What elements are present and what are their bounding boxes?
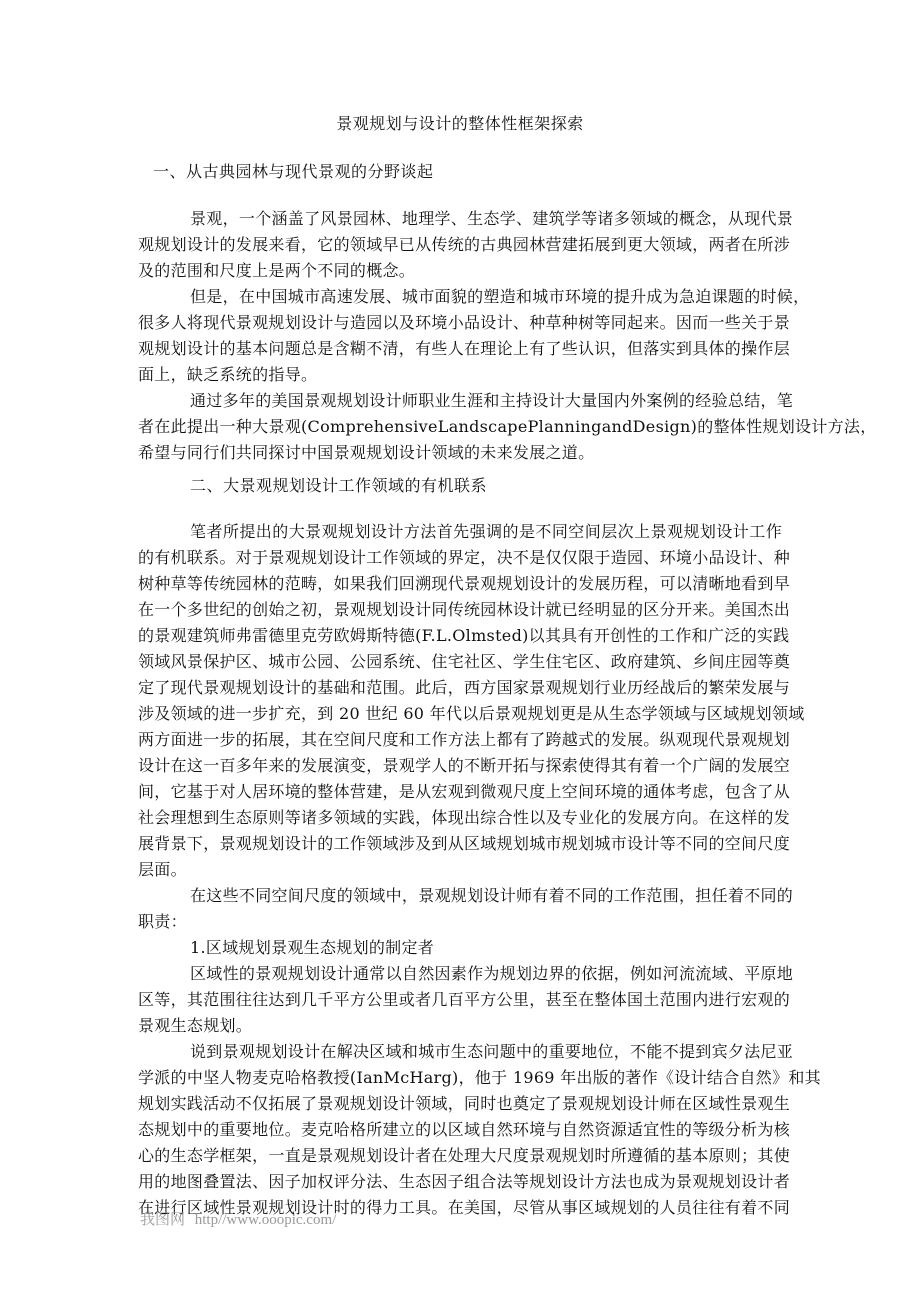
text-line: 通过多年的美国景观规划设计师职业生涯和主持设计大量国内外案例的经验总结，笔 — [190, 391, 782, 411]
text-line: 层面。 — [138, 860, 782, 880]
text-line: 设计在这一百多年来的发展演变，景观学人的不断开拓与探索使得其有着一个广阔的发展空 — [138, 756, 782, 776]
text-line: 的有机联系。对于景观规划设计工作领域的界定，决不是仅仅限于造园、环境小品设计、种 — [138, 548, 782, 568]
text-line: 领域风景保护区、城市公园、公园系统、住宅社区、学生住宅区、政府建筑、乡间庄园等奠 — [138, 652, 782, 672]
text-line: 学派的中坚人物麦克哈格教授(IanMcHarg)，他于 1969 年出版的著作《… — [138, 1068, 782, 1088]
document-title: 景观规划与设计的整体性框架探索 — [0, 114, 920, 134]
text-line: 在一个多世纪的创始之初，景观规划设计同传统园林设计就已经明显的区分开来。美国杰出 — [138, 600, 782, 620]
text-line: 展背景下，景观规划设计的工作领域涉及到从区域规划城市规划城市设计等不同的空间尺度 — [138, 834, 782, 854]
text-line: 观规划设计的发展来看，它的领域早已从传统的古典园林营建拓展到更大领域，两者在所涉 — [138, 235, 782, 255]
subsection-heading: 1.区域规划景观生态规划的制定者 — [190, 938, 434, 958]
text-line: 笔者所提出的大景观规划设计方法首先强调的是不同空间层次上景观规划设计工作 — [190, 522, 782, 542]
text-line: 的景观建筑师弗雷德里克劳欧姆斯特德(F.L.Olmsted)以其具有开创性的工作… — [138, 626, 782, 646]
text-line: 但是，在中国城市高速发展、城市面貌的塑造和城市环境的提升成为急迫课题的时候， — [190, 287, 782, 307]
text-line: 景观生态规划。 — [138, 1016, 782, 1036]
text-line: 区域性的景观规划设计通常以自然因素作为规划边界的依据，例如河流流域、平原地 — [190, 964, 782, 984]
text-line: 观规划设计的基本问题总是含糊不清，有些人在理论上有了些认识，但落实到具体的操作层 — [138, 339, 782, 359]
text-line: 态规划中的重要地位。麦克哈格所建立的以区域自然环境与自然资源适宜性的等级分析为核 — [138, 1120, 782, 1140]
text-line: 间，它基于对人居环境的整体营建，是从宏观到微观尺度上空间环境的通体考虑，包含了从 — [138, 782, 782, 802]
text-line: 在这些不同空间尺度的领域中，景观规划设计师有着不同的工作范围，担任着不同的 — [190, 886, 782, 906]
section-heading-1: 一、从古典园林与现代景观的分野谈起 — [153, 162, 434, 182]
text-line: 很多人将现代景观规划设计与造园以及环境小品设计、种草种树等同起来。因而一些关于景 — [138, 313, 782, 333]
text-line: 社会理想到生态原则等诸多领域的实践，体现出综合性以及专业化的发展方向。在这样的发 — [138, 808, 782, 828]
text-line: 面上，缺乏系统的指导。 — [138, 365, 782, 385]
text-line: 及的范围和尺度上是两个不同的概念。 — [138, 261, 782, 281]
text-line: 说到景观规划设计在解决区域和城市生态问题中的重要地位，不能不提到宾夕法尼亚 — [190, 1042, 782, 1062]
text-line: 定了现代景观规划设计的基础和范围。此后，西方国家景观规划行业历经战后的繁荣发展与 — [138, 678, 782, 698]
footer-url[interactable]: http//www.ooopic.com/ — [195, 1212, 337, 1228]
text-line: 景观，一个涵盖了风景园林、地理学、生态学、建筑学等诸多领域的概念，从现代景 — [190, 209, 782, 229]
text-line: 树种草等传统园林的范畴，如果我们回溯现代景观规划设计的发展历程，可以清晰地看到早 — [138, 574, 782, 594]
footer-site-name: 我图网 — [140, 1212, 185, 1228]
text-line: 希望与同行们共同探讨中国景观规划设计领域的未来发展之道。 — [138, 443, 782, 463]
text-line: 规划实践活动不仅拓展了景观规划设计领域，同时也奠定了景观规划设计师在区域性景观生 — [138, 1094, 782, 1114]
text-line: 区等，其范围往往达到几千平方公里或者几百平方公里，甚至在整体国土范围内进行宏观的 — [138, 990, 782, 1010]
text-line: 涉及领域的进一步扩充，到 20 世纪 60 年代以后景观规划更是从生态学领域与区… — [138, 704, 782, 724]
section-heading-2: 二、大景观规划设计工作领域的有机联系 — [190, 476, 487, 496]
document-page: 景观规划与设计的整体性框架探索 一、从古典园林与现代景观的分野谈起 景观，一个涵… — [0, 0, 920, 1302]
text-line: 心的生态学框架，一直是景观规划设计者在处理大尺度景观规划时所遵循的基本原则；其使 — [138, 1146, 782, 1166]
text-line: 两方面进一步的拓展，其在空间尺度和工作方法上都有了跨越式的发展。纵观现代景观规划 — [138, 730, 782, 750]
footer-watermark: 我图网 http//www.ooopic.com/ — [140, 1210, 336, 1230]
text-line: 者在此提出一种大景观(ComprehensiveLandscapePlannin… — [138, 417, 782, 437]
text-line: 职责： — [138, 912, 782, 932]
text-line: 用的地图叠置法、因子加权评分法、生态因子组合法等规划设计方法也成为景观规划设计者 — [138, 1172, 782, 1192]
